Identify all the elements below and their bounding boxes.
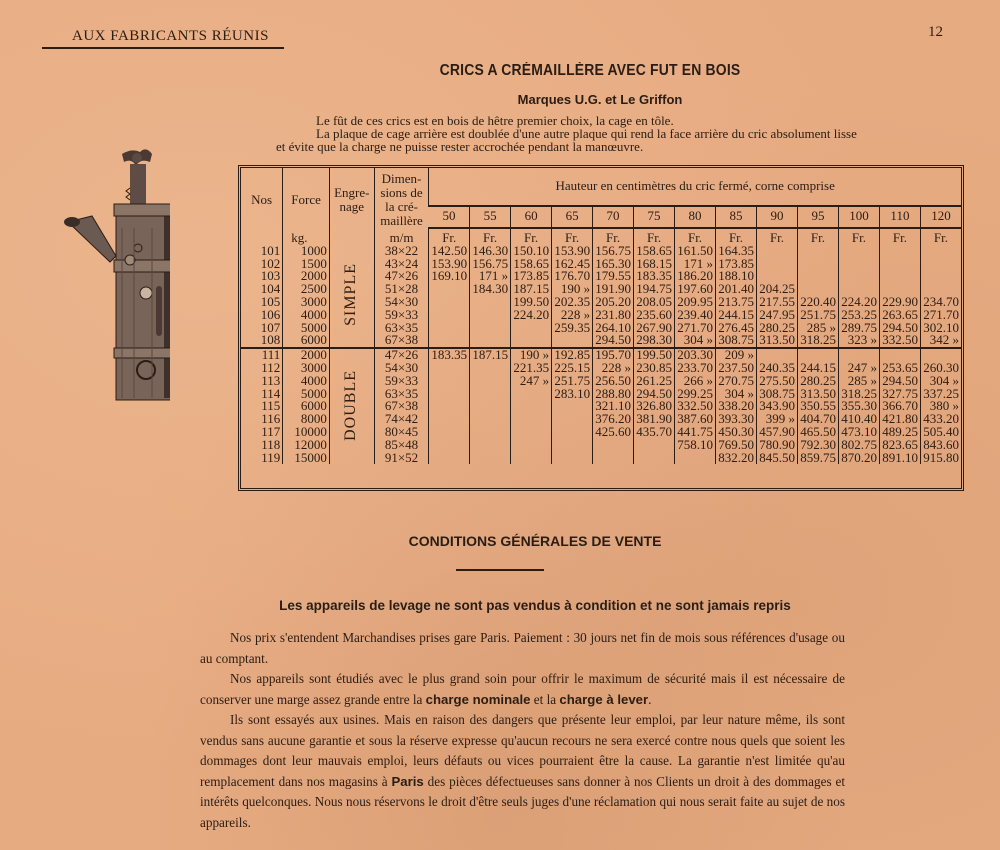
header-engrenage: Engre-nage bbox=[329, 168, 374, 228]
price-cell: 435.70 bbox=[634, 426, 675, 439]
row-dimensions: 67×38 bbox=[374, 334, 429, 348]
price-cell bbox=[838, 258, 879, 271]
price-cell bbox=[593, 439, 634, 452]
price-cell bbox=[470, 362, 511, 375]
price-cell bbox=[552, 426, 593, 439]
price-cell bbox=[634, 452, 675, 465]
price-cell: 313.50 bbox=[757, 334, 798, 348]
price-cell bbox=[429, 362, 470, 375]
price-cell bbox=[470, 400, 511, 413]
price-cell: 845.50 bbox=[757, 452, 798, 465]
price-cell bbox=[429, 296, 470, 309]
units-price: Fr. bbox=[879, 228, 920, 245]
price-cell: 342 » bbox=[920, 334, 961, 348]
price-cell: 169.10 bbox=[429, 270, 470, 283]
price-cell bbox=[879, 245, 920, 258]
price-cell bbox=[429, 413, 470, 426]
header-height-85: 85 bbox=[716, 206, 757, 228]
price-cell bbox=[470, 388, 511, 401]
price-cell bbox=[429, 322, 470, 335]
units-price: Fr. bbox=[838, 228, 879, 245]
price-cell bbox=[511, 426, 552, 439]
row-number: 119 bbox=[241, 452, 283, 465]
price-cell: 915.80 bbox=[920, 452, 961, 465]
price-cell bbox=[511, 452, 552, 465]
price-cell bbox=[757, 245, 798, 258]
conditions-body: Nos prix s'entendent Marchandises prises… bbox=[200, 628, 845, 833]
header-nos: Nos bbox=[241, 168, 283, 228]
price-cell bbox=[429, 309, 470, 322]
engrenage-simple: SIMPLE bbox=[329, 245, 374, 348]
row-dimensions: 91×52 bbox=[374, 452, 429, 465]
price-cell bbox=[511, 413, 552, 426]
paragraph: Ils sont essayés aux usines. Mais en rai… bbox=[200, 710, 845, 833]
conditions-title: CONDITIONS GÉNÉRALES DE VENTE bbox=[0, 533, 1000, 549]
price-cell: 323 » bbox=[838, 334, 879, 348]
page-subtitle: Marques U.G. et Le Griffon bbox=[0, 92, 1000, 107]
price-cell: 891.10 bbox=[879, 452, 920, 465]
price-cell bbox=[797, 270, 838, 283]
engrenage-label: DOUBLE bbox=[345, 370, 358, 441]
divider bbox=[456, 569, 544, 571]
header-height-95: 95 bbox=[797, 206, 838, 228]
intro-text: Le fût de ces crics est en bois de hêtre… bbox=[276, 114, 956, 153]
price-cell bbox=[552, 400, 593, 413]
price-cell bbox=[429, 426, 470, 439]
price-cell bbox=[429, 375, 470, 388]
header-height-50: 50 bbox=[429, 206, 470, 228]
engrenage-label: SIMPLE bbox=[345, 263, 358, 326]
price-cell bbox=[429, 452, 470, 465]
price-cell: 259.35 bbox=[552, 322, 593, 335]
header-force: Force bbox=[283, 168, 330, 228]
price-cell: 832.20 bbox=[716, 452, 757, 465]
price-cell bbox=[470, 413, 511, 426]
price-cell: 308.75 bbox=[716, 334, 757, 348]
row-force: 15000 bbox=[283, 452, 330, 465]
price-cell bbox=[797, 245, 838, 258]
header-height-90: 90 bbox=[757, 206, 798, 228]
header-height-span: Hauteur en centimètres du cric fermé, co… bbox=[429, 168, 961, 206]
price-cell: 332.50 bbox=[879, 334, 920, 348]
price-cell bbox=[470, 375, 511, 388]
header-height-70: 70 bbox=[593, 206, 634, 228]
units-price: Fr. bbox=[757, 228, 798, 245]
price-cell bbox=[838, 270, 879, 283]
price-cell bbox=[757, 258, 798, 271]
header-dimensions: Dimen-sions dela cré-maillère bbox=[374, 168, 429, 228]
header-height-120: 120 bbox=[920, 206, 961, 228]
price-cell bbox=[470, 322, 511, 335]
price-cell bbox=[511, 322, 552, 335]
price-cell bbox=[552, 334, 593, 348]
price-cell bbox=[429, 283, 470, 296]
header-height-65: 65 bbox=[552, 206, 593, 228]
price-cell: 224.20 bbox=[511, 309, 552, 322]
company-header: AUX FABRICANTS RÉUNIS bbox=[42, 28, 284, 49]
price-cell bbox=[675, 452, 716, 465]
price-cell: 187.15 bbox=[470, 348, 511, 362]
price-cell bbox=[470, 426, 511, 439]
paragraph: Nos appareils sont étudiés avec le plus … bbox=[200, 669, 845, 710]
units-price: Fr. bbox=[797, 228, 838, 245]
price-cell: 859.75 bbox=[797, 452, 838, 465]
price-cell bbox=[797, 258, 838, 271]
bold-text: Paris bbox=[392, 774, 424, 789]
price-cell bbox=[511, 388, 552, 401]
price-cell: 870.20 bbox=[838, 452, 879, 465]
price-cell bbox=[879, 270, 920, 283]
price-cell bbox=[511, 439, 552, 452]
header-height-75: 75 bbox=[634, 206, 675, 228]
row-force: 6000 bbox=[283, 334, 330, 348]
price-cell bbox=[470, 296, 511, 309]
header-height-60: 60 bbox=[511, 206, 552, 228]
price-cell bbox=[470, 439, 511, 452]
price-cell bbox=[920, 270, 961, 283]
price-cell: 318.25 bbox=[797, 334, 838, 348]
price-cell bbox=[429, 388, 470, 401]
price-cell bbox=[634, 439, 675, 452]
units-engrenage bbox=[329, 228, 374, 245]
price-cell bbox=[552, 439, 593, 452]
price-cell: 298.30 bbox=[634, 334, 675, 348]
price-cell bbox=[879, 258, 920, 271]
price-cell bbox=[429, 400, 470, 413]
price-cell: 304 » bbox=[675, 334, 716, 348]
bold-text: charge à lever bbox=[559, 692, 648, 707]
price-cell bbox=[920, 245, 961, 258]
header-height-100: 100 bbox=[838, 206, 879, 228]
price-cell: 758.10 bbox=[675, 439, 716, 452]
price-table: Nos Force Engre-nage Dimen-sions dela cr… bbox=[238, 165, 964, 491]
row-number: 108 bbox=[241, 334, 283, 348]
price-cell bbox=[470, 334, 511, 348]
price-cell bbox=[511, 334, 552, 348]
header-height-80: 80 bbox=[675, 206, 716, 228]
bold-text: charge nominale bbox=[426, 692, 531, 707]
intro-line: et évite que la charge ne puisse rester … bbox=[276, 140, 956, 153]
price-cell: 294.50 bbox=[593, 334, 634, 348]
price-cell bbox=[429, 439, 470, 452]
page-title: CRICS A CRÉMAILLÈRE AVEC FUT EN BOIS bbox=[50, 62, 950, 80]
paragraph: Nos prix s'entendent Marchandises prises… bbox=[200, 628, 845, 669]
text: . bbox=[648, 692, 651, 707]
price-cell bbox=[470, 309, 511, 322]
price-cell: 425.60 bbox=[593, 426, 634, 439]
units-price: Fr. bbox=[920, 228, 961, 245]
price-cell: 283.10 bbox=[552, 388, 593, 401]
header-height-55: 55 bbox=[470, 206, 511, 228]
price-cell: 183.35 bbox=[429, 348, 470, 362]
price-cell bbox=[552, 413, 593, 426]
rack-jack-illustration-icon bbox=[60, 148, 170, 408]
page-number: 12 bbox=[928, 24, 943, 41]
price-cell bbox=[920, 258, 961, 271]
conditions-lead: Les appareils de levage ne sont pas vend… bbox=[0, 598, 1000, 613]
price-cell bbox=[470, 452, 511, 465]
engrenage-double: DOUBLE bbox=[329, 348, 374, 464]
price-cell bbox=[429, 334, 470, 348]
header-height-110: 110 bbox=[879, 206, 920, 228]
price-cell: 247 » bbox=[511, 375, 552, 388]
price-cell bbox=[838, 245, 879, 258]
price-cell bbox=[511, 400, 552, 413]
text: et la bbox=[530, 692, 559, 707]
price-cell: 184.30 bbox=[470, 283, 511, 296]
price-cell bbox=[552, 452, 593, 465]
price-cell bbox=[593, 452, 634, 465]
